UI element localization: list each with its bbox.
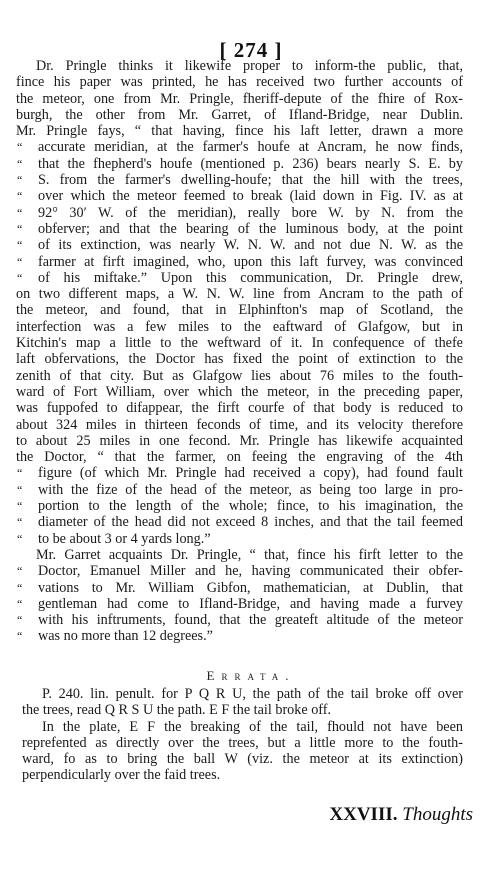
- text-line: was no more than 12 degrees.”: [16, 628, 463, 644]
- text-line: was fuppofed to difappear, the firft cou…: [16, 400, 463, 416]
- text-line: farmer at firft imagined, who, upon this…: [16, 254, 463, 270]
- errata-line: ward, fo as to bring the ball W (viz. th…: [22, 751, 463, 767]
- text-line: portion to the length of the whole; finc…: [16, 498, 463, 514]
- text-line: Kitchin's map a little to the weftward o…: [16, 335, 463, 351]
- errata-line: reprefented as directly over the trees, …: [22, 735, 463, 751]
- text-line: to about 25 miles in one fecond. Mr. Pri…: [16, 433, 463, 449]
- text-line: diameter of the head did not exceed 8 in…: [16, 514, 463, 530]
- errata-line: P. 240. lin. penult. for P Q R U, the pa…: [22, 686, 463, 702]
- text-line: gentleman had come to Ifland-Bridge, and…: [16, 596, 463, 612]
- catchword: XXVIII. Thoughts: [329, 804, 473, 826]
- main-text-block: Dr. Pringle thinks it likewife proper to…: [16, 58, 463, 645]
- errata-line: In the plate, E F the breaking of the ta…: [22, 719, 463, 735]
- text-line: of its extinction, was nearly W. N. W. a…: [16, 237, 463, 253]
- text-line: laft obfervations, the Doctor has fixed …: [16, 351, 463, 367]
- text-line: 92° 30′ W. of the meridian), really bore…: [16, 205, 463, 221]
- catchword-numeral: XXVIII.: [329, 804, 397, 825]
- text-line: zenith of that city. But as Glafgow lies…: [16, 368, 463, 384]
- text-line: fince his paper was printed, he has rece…: [16, 74, 463, 90]
- text-line: with the fize of the head of the meteor,…: [16, 482, 463, 498]
- text-line: Mr. Garret acquaints Dr. Pringle, “ that…: [16, 547, 463, 563]
- text-line: the meteor, one from Mr. Pringle, fherif…: [16, 91, 463, 107]
- text-line: interfection was a few miles to the eaft…: [16, 319, 463, 335]
- errata-line: perpendicularly over the faid trees.: [22, 767, 463, 783]
- text-line: over which the meteor feemed to break (l…: [16, 188, 463, 204]
- text-line: obferver; and that the bearing of the lu…: [16, 221, 463, 237]
- text-line: burgh, the other from Mr. Garret, of Ifl…: [16, 107, 463, 123]
- errata-text-block: P. 240. lin. penult. for P Q R U, the pa…: [22, 686, 463, 784]
- text-line: to be about 3 or 4 yards long.”: [16, 531, 463, 547]
- catchword-word: Thoughts: [402, 804, 473, 825]
- text-line: of his miftake.” Upon this communication…: [16, 270, 463, 286]
- text-line: with his inftruments, found, that the gr…: [16, 612, 463, 628]
- text-line: vations to Mr. William Gibfon, mathemati…: [16, 580, 463, 596]
- text-line: about 324 miles in thirteen feconds of t…: [16, 417, 463, 433]
- text-line: Dr. Pringle thinks it likewife proper to…: [16, 58, 463, 74]
- text-line: accurate meridian, at the farmer's houfe…: [16, 139, 463, 155]
- text-line: figure (of which Mr. Pringle had receive…: [16, 465, 463, 481]
- errata-heading: Errata.: [0, 668, 502, 684]
- text-line: the Doctor, “ that the farmer, on feeing…: [16, 449, 463, 465]
- text-line: Mr. Pringle fays, “ that having, fince h…: [16, 123, 463, 139]
- text-line: Doctor, Emanuel Miller and he, having co…: [16, 563, 463, 579]
- text-line: that the fhepherd's houfe (mentioned p. …: [16, 156, 463, 172]
- text-line: S. from the farmer's dwelling-houfe; tha…: [16, 172, 463, 188]
- text-line: on two different maps, a W. N. W. line f…: [16, 286, 463, 302]
- text-line: the meteor, and found, that in Elphinfto…: [16, 302, 463, 318]
- text-line: ward of Fort William, over which the met…: [16, 384, 463, 400]
- errata-line: the trees, read Q R S U the path. E F th…: [22, 702, 463, 718]
